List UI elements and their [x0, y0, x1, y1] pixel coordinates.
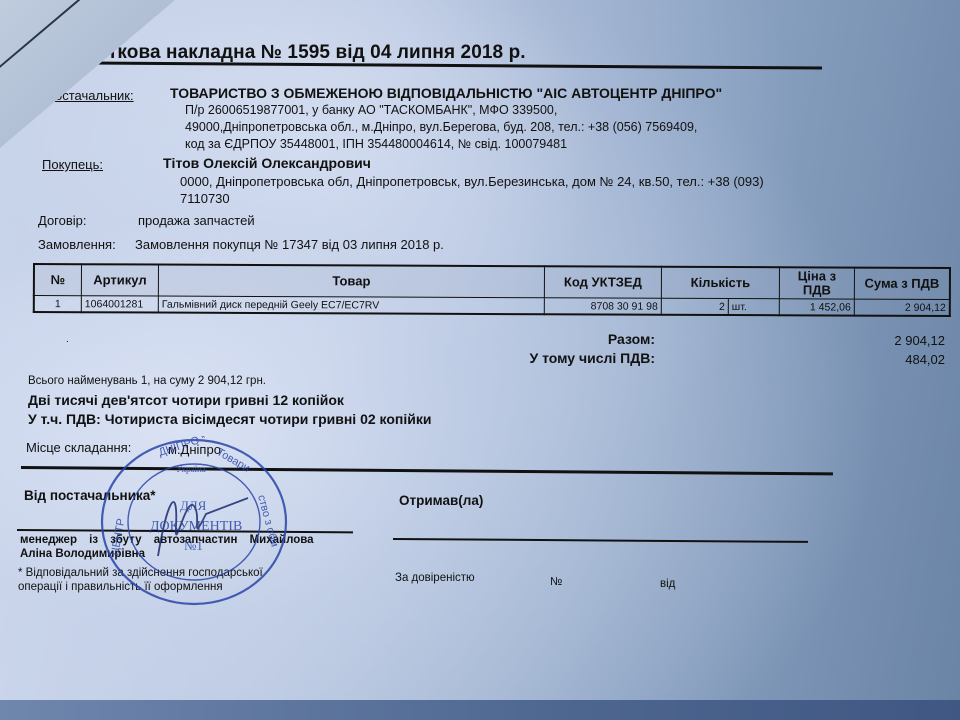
header-sum: Сума з ПДВ: [854, 268, 950, 300]
table-surface: [0, 700, 960, 720]
header-price: Ціна з ПДВ: [779, 267, 854, 299]
buyer-label: Покупець:: [42, 157, 103, 172]
cell-qty: 2: [661, 298, 728, 315]
total-label: Разом:: [355, 331, 655, 347]
header-code: Код УКТЗЕД: [544, 266, 661, 298]
manager-name: Аліна Володимирівна: [20, 548, 145, 560]
note-line-1: * Відповідальний за здійснення господарс…: [18, 566, 263, 580]
proxy-number-label: №: [550, 576, 562, 588]
vat-value: 484,02: [825, 352, 945, 367]
buyer-details: 0000, Дніпропетровська обл, Дніпропетров…: [180, 173, 764, 207]
buyer-phone: 7110730: [180, 190, 764, 207]
header-num: №: [34, 264, 82, 296]
supplier-codes: код за ЄДРПОУ 35448001, ІПН 354480004614…: [185, 136, 697, 153]
note-line-2: операції і правильність її оформлення: [18, 580, 263, 594]
vat-label: У тому числі ПДВ:: [355, 350, 655, 366]
table-row: 1 1064001281 Гальмівний диск передній Ge…: [34, 296, 950, 316]
summary-amount-words: Дві тисячі дев'ятсот чотири гривні 12 ко…: [28, 392, 344, 408]
contract-label: Договір:: [38, 213, 87, 228]
buyer-name: Тітов Олексій Олександрович: [163, 155, 371, 171]
total-value: 2 904,12: [825, 333, 945, 348]
stray-mark: .: [66, 334, 69, 345]
document-title: ткова накладна № 1595 від 04 липня 2018 …: [108, 42, 526, 64]
responsibility-note: * Відповідальний за здійснення господарс…: [18, 566, 263, 594]
received-label: Отримав(ла): [399, 493, 483, 508]
manager-position: менеджер із збуту автозапчастин Михайлов…: [20, 534, 314, 546]
summary-count: Всього найменувань 1, на суму 2 904,12 г…: [28, 375, 266, 387]
from-supplier-label: Від постачальника*: [24, 488, 156, 503]
table-header-row: № Артикул Товар Код УКТЗЕД Кількість Цін…: [34, 264, 950, 299]
place-value: м.Дніпро: [168, 442, 221, 457]
proxy-date-label: від: [660, 578, 675, 590]
supplier-name: ТОВАРИСТВО З ОБМЕЖЕНОЮ ВІДПОВІДАЛЬНІСТЮ …: [170, 85, 722, 101]
header-qty: Кількість: [661, 267, 779, 299]
cell-unit: шт.: [728, 299, 779, 316]
place-label: Місце складання:: [26, 440, 131, 455]
items-table: № Артикул Товар Код УКТЗЕД Кількість Цін…: [33, 263, 951, 317]
cell-code: 8708 30 91 98: [544, 298, 661, 315]
proxy-label: За довіреністю: [395, 572, 475, 584]
order-value: Замовлення покупця № 17347 від 03 липня …: [135, 237, 444, 252]
contract-value: продажа запчастей: [138, 213, 255, 228]
supplier-bank: П/р 26006519877001, у банку АО "ТАСКОМБА…: [185, 102, 697, 119]
cell-article: 1064001281: [81, 296, 158, 313]
cell-product: Гальмівний диск передній Geely EC7/EC7RV: [158, 296, 544, 314]
supplier-details: П/р 26006519877001, у банку АО "ТАСКОМБА…: [185, 102, 697, 153]
cell-sum: 2 904,12: [854, 299, 950, 316]
order-label: Замовлення:: [38, 237, 116, 252]
header-product: Товар: [158, 265, 544, 298]
cell-price: 1 452,06: [779, 299, 854, 316]
cell-num: 1: [34, 296, 82, 313]
buyer-address: 0000, Дніпропетровська обл, Дніпропетров…: [180, 173, 764, 190]
supplier-address: 49000,Дніпропетровська обл., м.Дніпро, в…: [185, 119, 697, 136]
summary-vat-words: У т.ч. ПДВ: Чотириста вісімдесят чотири …: [28, 411, 432, 427]
header-article: Артикул: [81, 264, 158, 296]
